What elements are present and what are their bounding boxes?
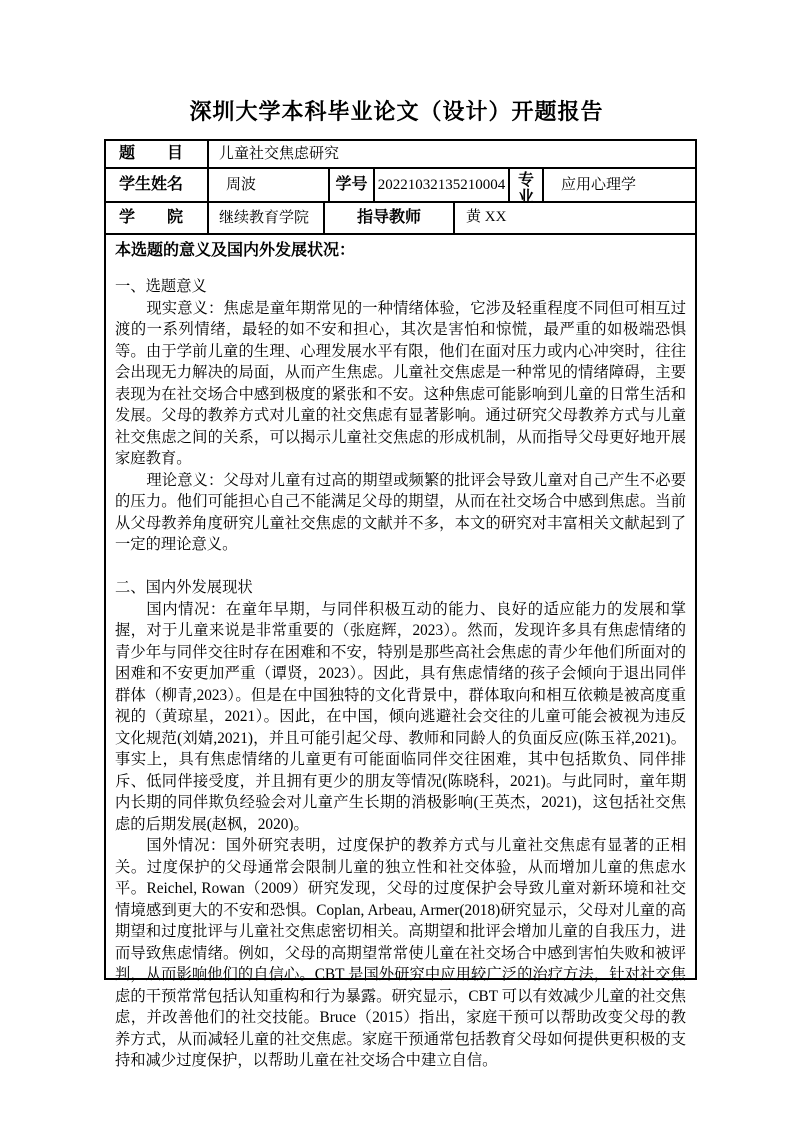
college-value-cell: 继续教育学院 [209,203,325,233]
paragraph-topic-significance-heading: 一、选题意义 [115,276,686,298]
student-name-value-cell: 周波 [209,169,330,201]
document-title: 深圳大学本科毕业论文（设计）开题报告 [0,95,793,126]
paragraph-foreign-status: 国外情况：国外研究表明，过度保护的教养方式与儿童社交焦虑有显著的正相关。过度保护… [115,835,686,1072]
section-heading: 本选题的意义及国内外发展状况： [115,240,686,262]
student-id-value-cell: 20221032135210004 [375,169,510,201]
advisor-value: 黄 XX [466,208,506,226]
student-id-label-cell: 学号 [330,169,375,201]
document-page: 深圳大学本科毕业论文（设计）开题报告 题 目 儿童社交焦虑研究 学生姓名 周波 … [0,0,793,1122]
student-name-label: 学生姓名 [119,177,183,193]
college-label: 学 院 [119,210,183,226]
student-name-value: 周波 [226,176,256,194]
student-id-value: 20221032135210004 [378,176,506,194]
paragraph-domestic-status: 国内情况：在童年早期，与同伴积极互动的能力、良好的适应能力的发展和掌握，对于儿童… [115,599,686,836]
paragraph-theoretical-significance: 理论意义：父母对儿童有过高的期望或频繁的批评会导致儿童对自己产生不必要的压力。他… [115,470,686,556]
advisor-value-cell: 黄 XX [455,203,695,233]
college-row: 学 院 继续教育学院 指导教师 黄 XX [106,203,695,235]
paragraph-development-status-heading: 二、国内外发展现状 [115,577,686,599]
major-label-cell: 专业 [510,169,544,201]
topic-row: 题 目 儿童社交焦虑研究 [106,141,695,169]
major-label: 专业 [518,172,535,201]
college-value: 继续教育学院 [219,209,309,227]
student-id-label: 学号 [335,177,367,193]
content-row: 本选题的意义及国内外发展状况： 一、选题意义 现实意义：焦虑是童年期常见的一种情… [106,235,695,1072]
major-value-cell: 应用心理学 [544,169,695,201]
content-cell: 本选题的意义及国内外发展状况： 一、选题意义 现实意义：焦虑是童年期常见的一种情… [106,235,695,1072]
info-table: 题 目 儿童社交焦虑研究 学生姓名 周波 学号 2022103213521000… [104,139,697,980]
topic-value-cell: 儿童社交焦虑研究 [209,141,695,167]
topic-value: 儿童社交焦虑研究 [219,145,339,163]
topic-label-cell: 题 目 [106,141,209,167]
advisor-label-cell: 指导教师 [325,203,455,233]
college-label-cell: 学 院 [106,203,209,233]
advisor-label: 指导教师 [357,210,421,226]
major-value: 应用心理学 [561,176,636,194]
student-name-label-cell: 学生姓名 [106,169,209,201]
paragraph-practical-significance: 现实意义：焦虑是童年期常见的一种情绪体验，它涉及轻重程度不同但可相互过渡的一系列… [115,298,686,470]
topic-label: 题 目 [119,146,183,162]
student-row: 学生姓名 周波 学号 20221032135210004 专业 应用心理学 [106,169,695,203]
